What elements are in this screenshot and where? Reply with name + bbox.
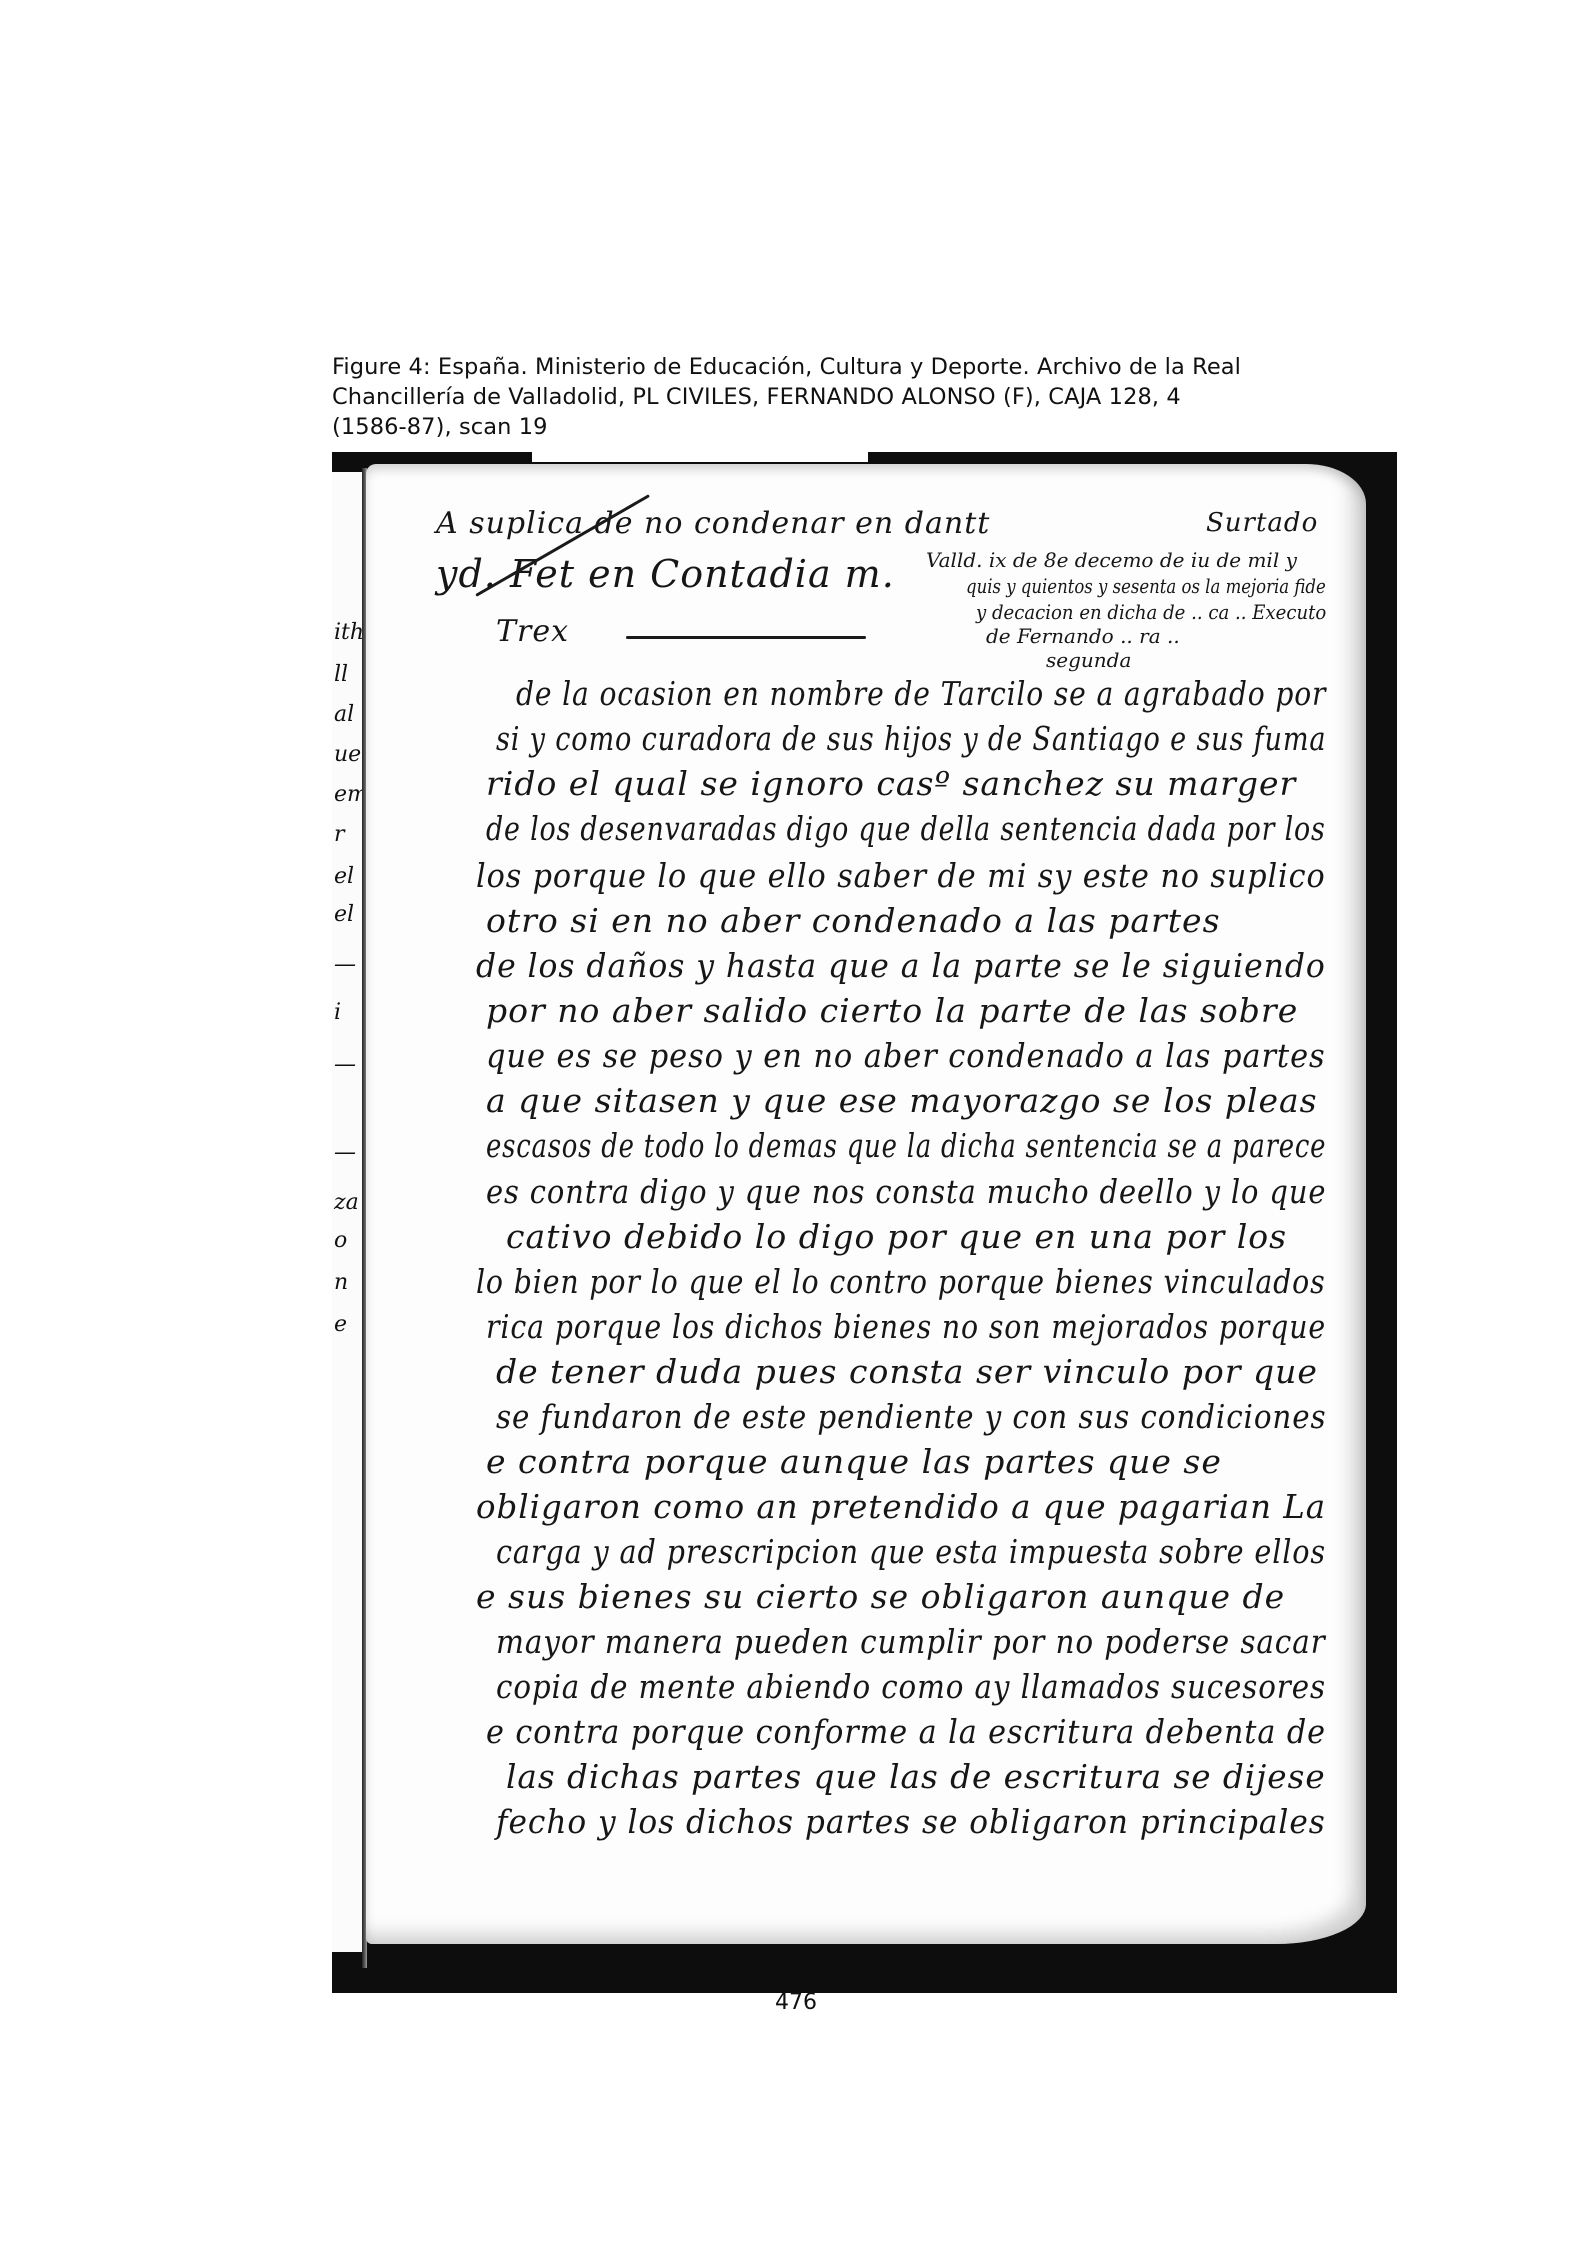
manuscript-line: cativo debido lo digo por que en una por… xyxy=(506,1217,1287,1256)
manuscript-line: fecho y los dichos partes se obligaron p… xyxy=(496,1802,1326,1841)
manuscript-line: por no aber salido cierto la parte de la… xyxy=(486,991,1298,1030)
margin-fragment: — xyxy=(334,1054,362,1076)
manuscript-line: e contra porque aunque las partes que se xyxy=(486,1442,1222,1481)
margin-fragment: e xyxy=(334,1314,362,1336)
manuscript-line: carga y ad prescripcion que esta impuest… xyxy=(496,1532,1326,1571)
header-top-right: Surtado xyxy=(1206,508,1318,538)
manuscript-line: e sus bienes su cierto se obligaron aunq… xyxy=(476,1577,1285,1616)
scan-top-gap xyxy=(532,452,868,462)
figure-caption: Figure 4: España. Ministerio de Educació… xyxy=(332,352,1402,442)
marginal-note-line: Valld. ix de 8e decemo de iu de mil y xyxy=(926,548,1297,572)
margin-fragment: r xyxy=(334,824,362,846)
caption-line-3: (1586-87), scan 19 xyxy=(332,412,1402,442)
manuscript-line: se fundaron de este pendiente y con sus … xyxy=(496,1397,1327,1436)
manuscript-line: es contra digo y que nos consta mucho de… xyxy=(486,1172,1326,1211)
margin-fragment: za xyxy=(334,1192,362,1214)
manuscript-line: a que sitasen y que ese mayorazgo se los… xyxy=(486,1081,1318,1120)
manuscript-line: las dichas partes que las de escritura s… xyxy=(506,1757,1326,1796)
header-flourish xyxy=(626,636,866,639)
marginal-note-line: quis y quientos y sesenta os la mejoria … xyxy=(966,574,1326,598)
page-number: 476 xyxy=(774,1990,818,2015)
manuscript-folio: A suplica de no condenar en dantt yd. Fe… xyxy=(366,464,1366,1944)
margin-fragment: o xyxy=(334,1230,362,1252)
manuscript-line: copia de mente abiendo como ay llamados … xyxy=(496,1667,1326,1706)
margin-fragment: ll xyxy=(334,664,362,686)
manuscript-line: e contra porque conforme a la escritura … xyxy=(486,1712,1326,1751)
margin-fragment: el xyxy=(334,866,362,888)
marginal-note-line: segunda xyxy=(1046,648,1131,672)
manuscript-line: de los desenvaradas digo que della sente… xyxy=(486,809,1326,848)
margin-fragment: al xyxy=(334,704,362,726)
manuscript-line: de tener duda pues consta ser vinculo po… xyxy=(496,1352,1318,1391)
manuscript-line: lo bien por lo que el lo contro porque b… xyxy=(476,1262,1326,1301)
manuscript-scan-image: ith ll al ue em r el el — i — — za o n e… xyxy=(332,452,1397,1993)
marginal-note-line: de Fernando .. ra .. xyxy=(986,624,1180,648)
manuscript-line: obligaron como an pretendido a que pagar… xyxy=(476,1487,1326,1526)
manuscript-line: de los daños y hasta que a la parte se l… xyxy=(476,946,1326,985)
margin-fragment: — xyxy=(334,954,362,976)
header-top-left-2: yd. Fet en Contadia m. xyxy=(436,552,895,596)
manuscript-line: mayor manera pueden cumplir por no poder… xyxy=(496,1622,1326,1661)
margin-fragment: ith xyxy=(334,622,362,644)
manuscript-line: los porque lo que ello saber de mi sy es… xyxy=(476,856,1326,895)
header-top-left-3: Trex xyxy=(496,614,569,649)
manuscript-line: rica porque los dichos bienes no son mej… xyxy=(486,1307,1326,1346)
caption-line-2: Chancillería de Valladolid, PL CIVILES, … xyxy=(332,382,1402,412)
manuscript-line: que es se peso y en no aber condenado a … xyxy=(486,1036,1326,1075)
marginal-note-line: y decacion en dicha de .. ca .. Executo xyxy=(976,600,1326,624)
margin-fragment: n xyxy=(334,1272,362,1294)
manuscript-line: rido el qual se ignoro casº sanchez su m… xyxy=(486,764,1296,803)
caption-line-1: Figure 4: España. Ministerio de Educació… xyxy=(332,352,1402,382)
margin-fragment: em xyxy=(334,784,362,806)
manuscript-line: si y como curadora de sus hijos y de San… xyxy=(496,719,1326,758)
header-top-left: A suplica de no condenar en dantt xyxy=(436,506,990,541)
margin-fragment: i xyxy=(334,1002,362,1024)
margin-fragment: — xyxy=(334,1142,362,1164)
margin-fragment: el xyxy=(334,904,362,926)
margin-fragment: ue xyxy=(334,744,362,766)
manuscript-line: otro si en no aber condenado a las parte… xyxy=(486,901,1221,940)
manuscript-line: de la ocasion en nombre de Tarcilo se a … xyxy=(516,674,1326,713)
manuscript-line: escasos de todo lo demas que la dicha se… xyxy=(486,1126,1326,1165)
adjacent-page-fragment: ith ll al ue em r el el — i — — za o n e xyxy=(332,472,364,1952)
